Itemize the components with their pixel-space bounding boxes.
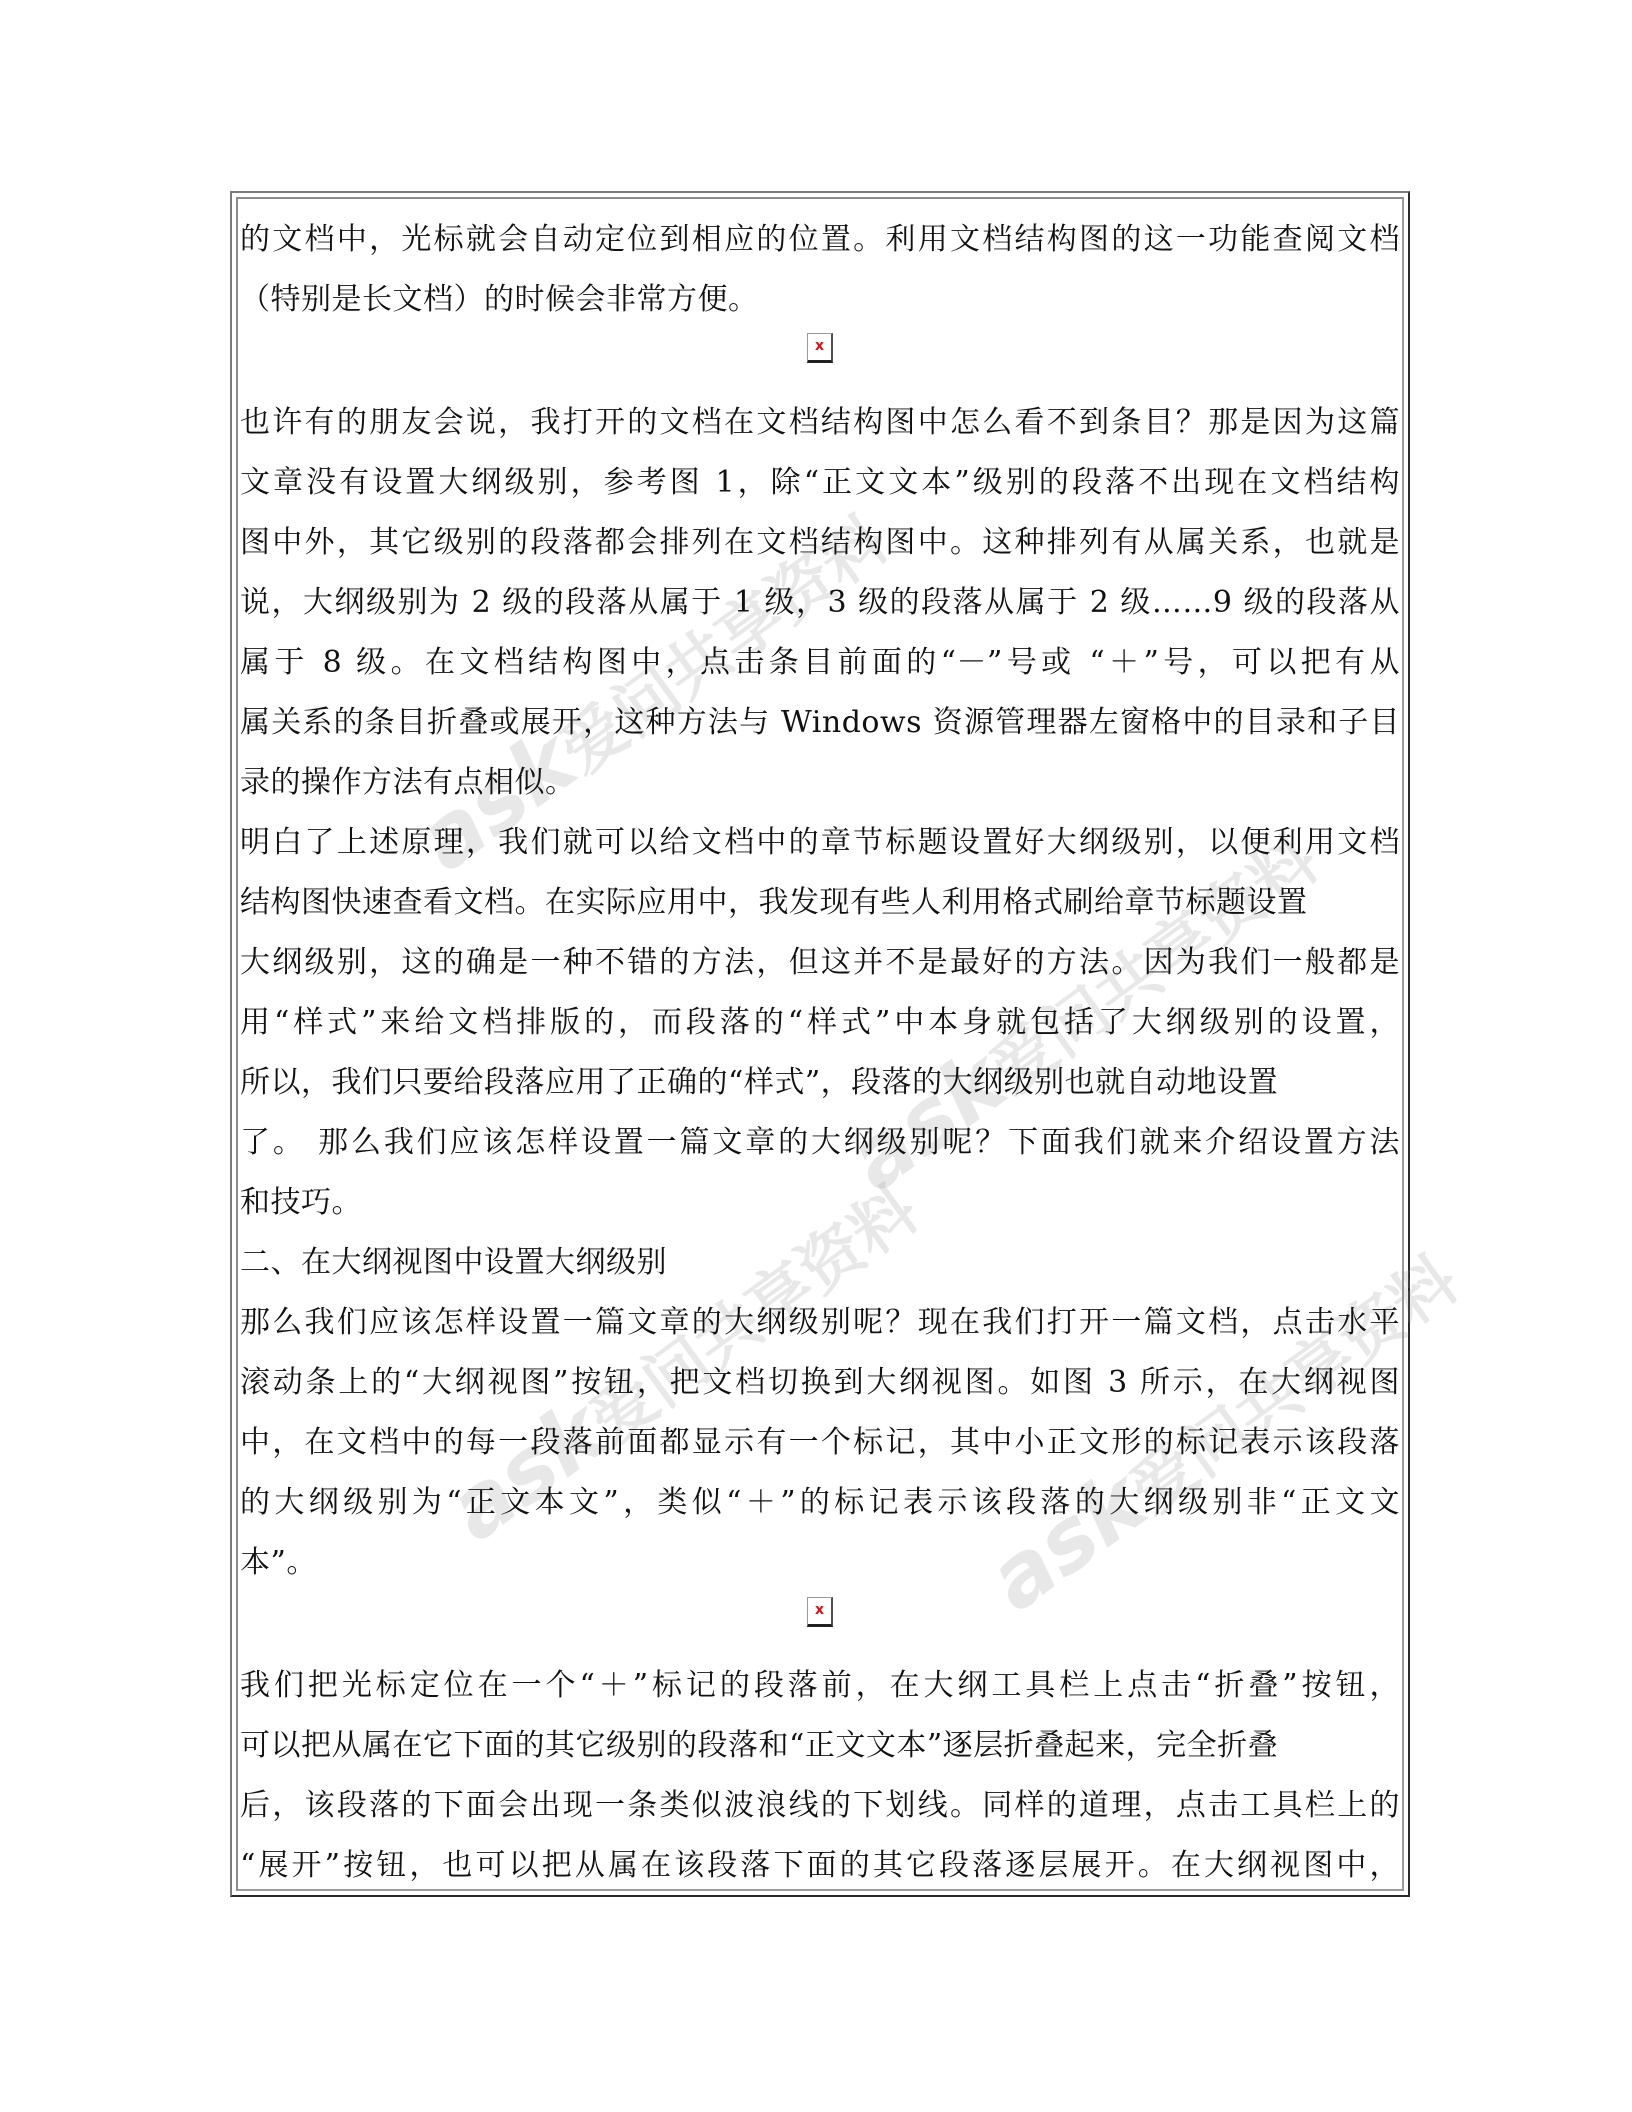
paragraph-line: 那么我们应该怎样设置一篇文章的大纲级别呢？现在我们打开一篇文档，点击水平 [240, 1303, 1400, 1343]
section-heading: 二、在大纲视图中设置大纲级别 [240, 1243, 1400, 1283]
paragraph-line: 所以，我们只要给段落应用了正确的“样式”，段落的大纲级别也就自动地设置 [240, 1063, 1400, 1103]
broken-image-icon: x [807, 333, 833, 363]
paragraph-line: 结构图快速查看文档。在实际应用中，我发现有些人利用格式刷给章节标题设置 [240, 883, 1400, 923]
paragraph-line: 中，在文档中的每一段落前面都显示有一个标记，其中小正文形的标记表示该段落 [240, 1423, 1400, 1463]
paragraph-line: 录的操作方法有点相似。 [240, 763, 1400, 803]
paragraph-line: 和技巧。 [240, 1183, 1400, 1223]
paragraph-line: 后，该段落的下面会出现一条类似波浪线的下划线。同样的道理，点击工具栏上的 [240, 1786, 1400, 1826]
paragraph-line: 说，大纲级别为 2 级的段落从属于 1 级，3 级的段落从属于 2 级……9 级… [240, 583, 1400, 623]
paragraph-line: 也许有的朋友会说，我打开的文档在文档结构图中怎么看不到条目？那是因为这篇 [240, 403, 1400, 443]
paragraph-line: 本”。 [240, 1543, 1400, 1583]
paragraph-line: 明白了上述原理，我们就可以给文档中的章节标题设置好大纲级别，以便利用文档 [240, 823, 1400, 863]
broken-image-x-icon: x [808, 1603, 831, 1617]
paragraph-line: 的大纲级别为“正文本文”，类似“＋”的标记表示该段落的大纲级别非“正文文 [240, 1483, 1400, 1523]
broken-image-x-icon: x [808, 339, 831, 353]
paragraph-line: 滚动条上的“大纲视图”按钮，把文档切换到大纲视图。如图 3 所示，在大纲视图 [240, 1363, 1400, 1403]
broken-image-icon: x [807, 1597, 833, 1627]
paragraph-line: （特别是长文档）的时候会非常方便。 [240, 280, 1400, 320]
paragraph-line: 我们把光标定位在一个“＋”标记的段落前，在大纲工具栏上点击“折叠”按钮， [240, 1666, 1400, 1706]
content-frame-inner-border [236, 197, 1404, 1891]
paragraph-line: 文章没有设置大纲级别，参考图 1，除“正文文本”级别的段落不出现在文档结构 [240, 463, 1400, 503]
paragraph-line: 了。 那么我们应该怎样设置一篇文章的大纲级别呢？下面我们就来介绍设置方法 [240, 1123, 1400, 1163]
paragraph-line: 的文档中，光标就会自动定位到相应的位置。利用文档结构图的这一功能查阅文档 [240, 220, 1400, 260]
paragraph-line: 图中外，其它级别的段落都会排列在文档结构图中。这种排列有从属关系，也就是 [240, 523, 1400, 563]
paragraph-line: 可以把从属在它下面的其它级别的段落和“正文文本”逐层折叠起来，完全折叠 [240, 1726, 1400, 1766]
paragraph-line: 属于 8 级。在文档结构图中，点击条目前面的“－”号或 “＋”号，可以把有从 [240, 643, 1400, 683]
paragraph-line: 属关系的条目折叠或展开，这种方法与 Windows 资源管理器左窗格中的目录和子… [240, 703, 1400, 743]
paragraph-line: 用“样式”来给文档排版的，而段落的“样式”中本身就包括了大纲级别的设置， [240, 1003, 1400, 1043]
paragraph-line: “展开”按钮，也可以把从属在该段落下面的其它段落逐层展开。在大纲视图中， [240, 1846, 1400, 1886]
paragraph-line: 大纲级别，这的确是一种不错的方法，但这并不是最好的方法。因为我们一般都是 [240, 943, 1400, 983]
